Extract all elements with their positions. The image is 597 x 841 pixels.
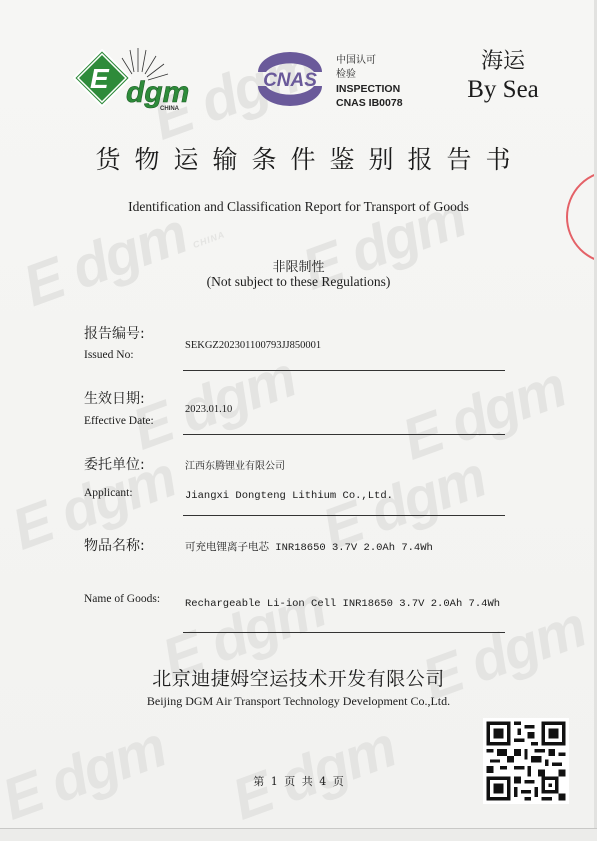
applicant-label-en: Applicant: [84, 487, 133, 499]
cnas-line: INSPECTION [336, 82, 403, 96]
applicant-value-en: Jiangxi Dongteng Lithium Co.,Ltd. [185, 490, 393, 502]
svg-text:CHINA: CHINA [160, 106, 180, 112]
issued-no-value: SEKGZ202301100793JJ850001 [185, 340, 321, 351]
applicant-label-cn: 委托单位: [84, 454, 145, 474]
watermark: E dgm [394, 353, 574, 473]
report-title-cn: 货物运输条件鉴别报告书 [80, 140, 540, 176]
effective-date-label-cn: 生效日期: [84, 388, 145, 408]
issued-no-label-en: Issued No: [84, 349, 134, 361]
transport-mode-cn: 海运 [460, 48, 546, 76]
cnas-line: 中国认可 [336, 54, 403, 68]
effective-date-value: 2023.01.10 [185, 404, 232, 415]
goods-value-cn: 可充电锂离子电芯 INR18650 3.7V 2.0Ah 7.4Wh [185, 539, 433, 554]
transport-mode-en: By Sea [460, 76, 546, 104]
issuer-name-en: Beijing DGM Air Transport Technology Dev… [0, 694, 597, 709]
qr-code[interactable] [483, 718, 569, 804]
svg-text:E: E [90, 63, 110, 94]
svg-text:dgm: dgm [126, 76, 189, 109]
effective-date-label-en: Effective Date: [84, 415, 154, 427]
cnas-logo: CNAS [250, 50, 330, 108]
svg-text:CNAS: CNAS [263, 70, 317, 91]
cnas-accreditation: 中国认可 检验 INSPECTION CNAS IB0078 [336, 54, 403, 110]
document-page: E dgm E dgm CHINA E dgm E dgm E dgm E dg… [0, 0, 597, 841]
goods-label-en: Name of Goods: [84, 593, 160, 605]
divider [183, 515, 505, 516]
divider [183, 370, 505, 371]
regulation-status-en: (Not subject to these Regulations) [0, 274, 597, 290]
cnas-number: CNAS IB0078 [336, 96, 403, 110]
issuer-name-cn: 北京迪捷姆空运技术开发有限公司 [0, 664, 597, 691]
goods-label-cn: 物品名称: [84, 535, 145, 555]
cnas-line: 检验 [336, 68, 403, 82]
divider [183, 632, 505, 633]
official-seal [566, 170, 597, 264]
issued-no-label-cn: 报告编号: [84, 323, 145, 343]
dgm-logo: E dgm CHINA [72, 42, 202, 112]
divider [183, 434, 505, 435]
page-edge [0, 828, 597, 841]
applicant-value-cn: 江西东腾锂业有限公司 [185, 457, 285, 472]
report-title-en: Identification and Classification Report… [0, 199, 597, 215]
page-indicator: 第 1 页 共 4 页 [0, 773, 597, 789]
regulation-status-cn: 非限制性 [0, 256, 597, 275]
transport-mode: 海运 By Sea [460, 48, 546, 104]
goods-value-en: Rechargeable Li-ion Cell INR18650 3.7V 2… [185, 598, 500, 610]
